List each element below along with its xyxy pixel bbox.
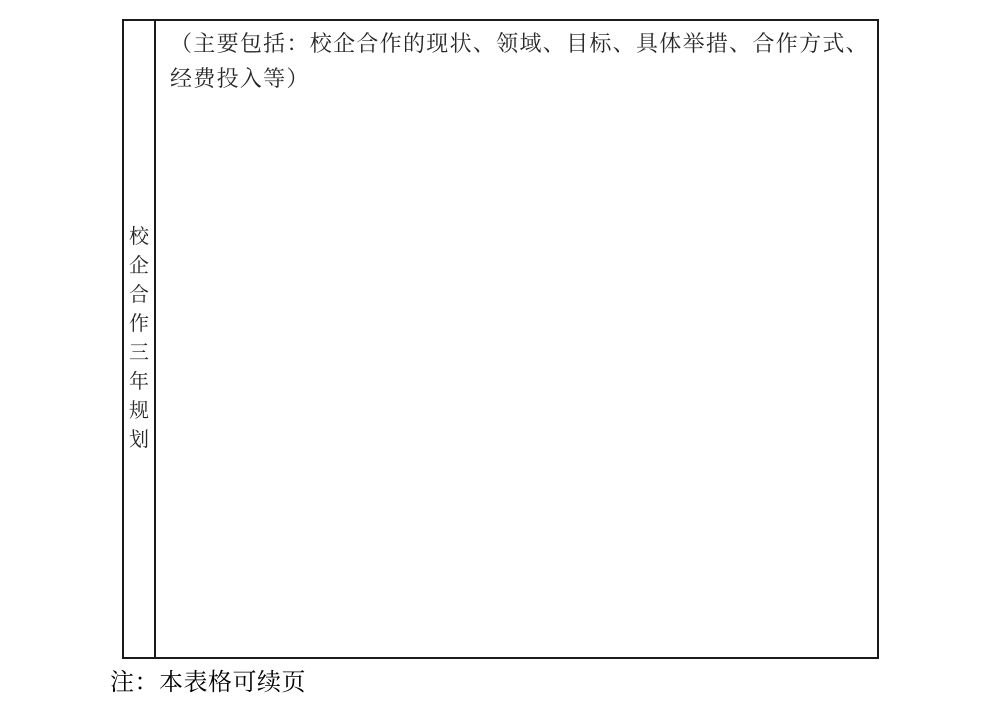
document-page: 校企合作三年规划 （主要包括：校企合作的现状、领域、目标、具体举措、合作方式、 … (0, 0, 992, 719)
row-header-label: 校企合作三年规划 (128, 223, 150, 455)
row-header-cell: 校企合作三年规划 (124, 21, 156, 657)
footnote: 注：本表格可续页 (110, 666, 306, 700)
plan-content-cell: （主要包括：校企合作的现状、领域、目标、具体举措、合作方式、 经费投入等） (156, 21, 877, 657)
content-hint-line-1: （主要包括：校企合作的现状、领域、目标、具体举措、合作方式、 (170, 26, 869, 61)
plan-form-table: 校企合作三年规划 （主要包括：校企合作的现状、领域、目标、具体举措、合作方式、 … (122, 19, 879, 659)
content-hint-line-2: 经费投入等） (170, 61, 869, 96)
